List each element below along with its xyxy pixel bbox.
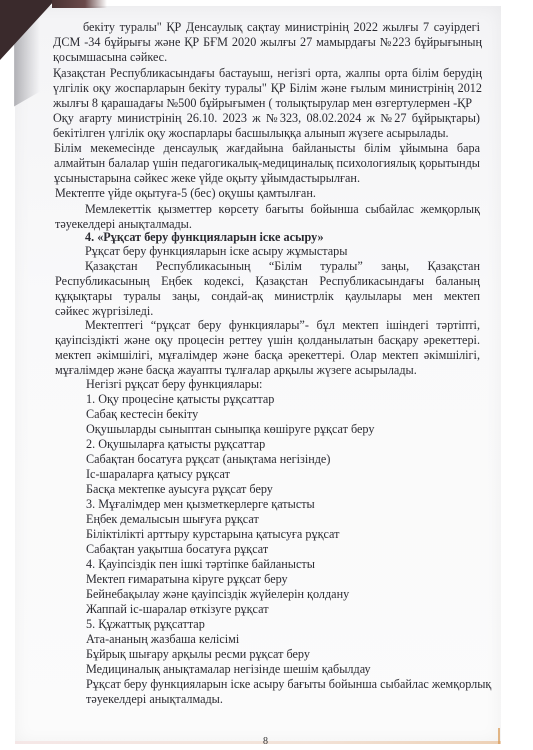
paragraph-line: ұсыныстарына сәйкес жеке үйде оқыту ұйым… bbox=[54, 171, 360, 185]
page-corner bbox=[498, 728, 500, 744]
paragraph-line: алмайтын балалар үшін педагогикалық-меди… bbox=[54, 156, 480, 170]
list-item: Іс-шараларға қатысу рұқсат bbox=[86, 467, 230, 481]
paragraph-line: Қазақстан Республикасының “Білім туралы”… bbox=[85, 259, 480, 273]
paragraph-line: үлгілік оқу жоспарларын бекіту туралы" Қ… bbox=[53, 81, 482, 95]
paragraph-line: жылғы 8 қарашадағы №500 бұйрығымен ( тол… bbox=[53, 96, 472, 110]
paragraph-line: Мектептегі “рұқсат беру функциялары”- бұ… bbox=[85, 318, 480, 332]
page-curl-edge bbox=[52, 0, 107, 8]
paragraph-line: қауіпсіздікті және оқу процесін реттеу ү… bbox=[55, 333, 480, 347]
paragraph-line: бекіту туралы" ҚР Денсаулық сақтау минис… bbox=[83, 20, 480, 34]
list-item: Оқушыларды сыныптан сыныпқа көшіруге рұқ… bbox=[86, 422, 374, 436]
section-heading: 4. «Рұқсат беру функцияларын іске асыру» bbox=[85, 230, 324, 244]
list-item: Сабақ кестесін бекіту bbox=[86, 407, 198, 421]
paragraph-line: Білім мекемесінде денсаулық жағдайына ба… bbox=[54, 141, 480, 155]
list-item: Жаппай іс-шаралар өткізуге рұқсат bbox=[86, 602, 269, 616]
list-item: Сабақтан уақытша босатуға рұқсат bbox=[86, 542, 268, 556]
list-item: 5. Құжаттық рұқсаттар bbox=[86, 617, 205, 631]
list-item: Басқа мектепке ауысуға рұқсат беру bbox=[86, 482, 273, 496]
list-item: 1. Оқу процесіне қатысты рұқсаттар bbox=[86, 392, 274, 406]
list-item: Сабақтан босатуға рұқсат (анықтама негіз… bbox=[86, 452, 330, 466]
paragraph-line: бекітілген үлгілік оқу жоспарлары басшыл… bbox=[53, 126, 449, 140]
paragraph-line: тәуекелдері анықталмады. bbox=[86, 692, 223, 706]
page-edge bbox=[15, 741, 501, 744]
paragraph-line: ДСМ -34 бұйрығы және ҚР БҒМ 2020 жылғы 2… bbox=[53, 35, 482, 49]
paragraph-line: сәйкес жүргізіледі. bbox=[55, 304, 153, 318]
paragraph-line: құқықтары туралы заңы, сондай-ақ министр… bbox=[55, 289, 480, 303]
list-item: Біліктілікті арттыру курстарына қатысуға… bbox=[86, 527, 339, 541]
paragraph-line: Оқу ағарту министрінің 26.10. 2023 ж №32… bbox=[53, 111, 480, 125]
list-intro: Негізгі рұқсат беру функциялары: bbox=[86, 377, 262, 391]
paragraph-line: Мектепте үйде оқытуға-5 (бес) оқушы қамт… bbox=[55, 186, 316, 200]
list-item: 4. Қауіпсіздік пен ішкі тәртіпке байланы… bbox=[86, 557, 315, 571]
page-number: 8 bbox=[263, 736, 268, 747]
section-subheading: Рұқсат беру функцияларын іске асыру жұмы… bbox=[85, 244, 347, 258]
list-item: 2. Оқушыларға қатысты рұқсаттар bbox=[86, 437, 265, 451]
list-item: Бұйрық шығару арқылы ресми рұқсат беру bbox=[86, 647, 310, 661]
page-curl-corner bbox=[0, 0, 55, 60]
paragraph-line: қосымшасына сәйкес. bbox=[53, 50, 167, 64]
paragraph-line: Республикасының Еңбек кодексі, Қазақстан… bbox=[55, 274, 480, 288]
paragraph-line: Рұқсат беру функцияларын іске асыру бағы… bbox=[86, 677, 491, 691]
list-item: Бейнебақылау және қауіпсіздік жүйелерін … bbox=[86, 587, 349, 601]
list-item: 3. Мұғалімдер мен қызметкерлерге қатысты bbox=[86, 497, 315, 511]
paragraph-line: Қазақстан Республикасындағы бастауыш, не… bbox=[53, 66, 482, 80]
paragraph-line: Мемлекеттік қызметтер көрсету бағыты бой… bbox=[85, 202, 480, 216]
paragraph-line: мектеп әкімшілігі, мұғалімдер және басқа… bbox=[55, 348, 480, 362]
list-item: Медициналық анықтамалар негізінде шешім … bbox=[86, 662, 371, 676]
paragraph-line: тәуекелдері анықталмады. bbox=[55, 217, 192, 231]
paragraph-line: мұғалімдер және басқа жауапты тұлғалар а… bbox=[55, 363, 417, 377]
list-item: Ата-ананың жазбаша келісімі bbox=[86, 632, 239, 646]
list-item: Мектеп ғимаратына кіруге рұқсат беру bbox=[86, 572, 288, 586]
list-item: Еңбек демалысын шығуға рұқсат bbox=[86, 512, 259, 526]
